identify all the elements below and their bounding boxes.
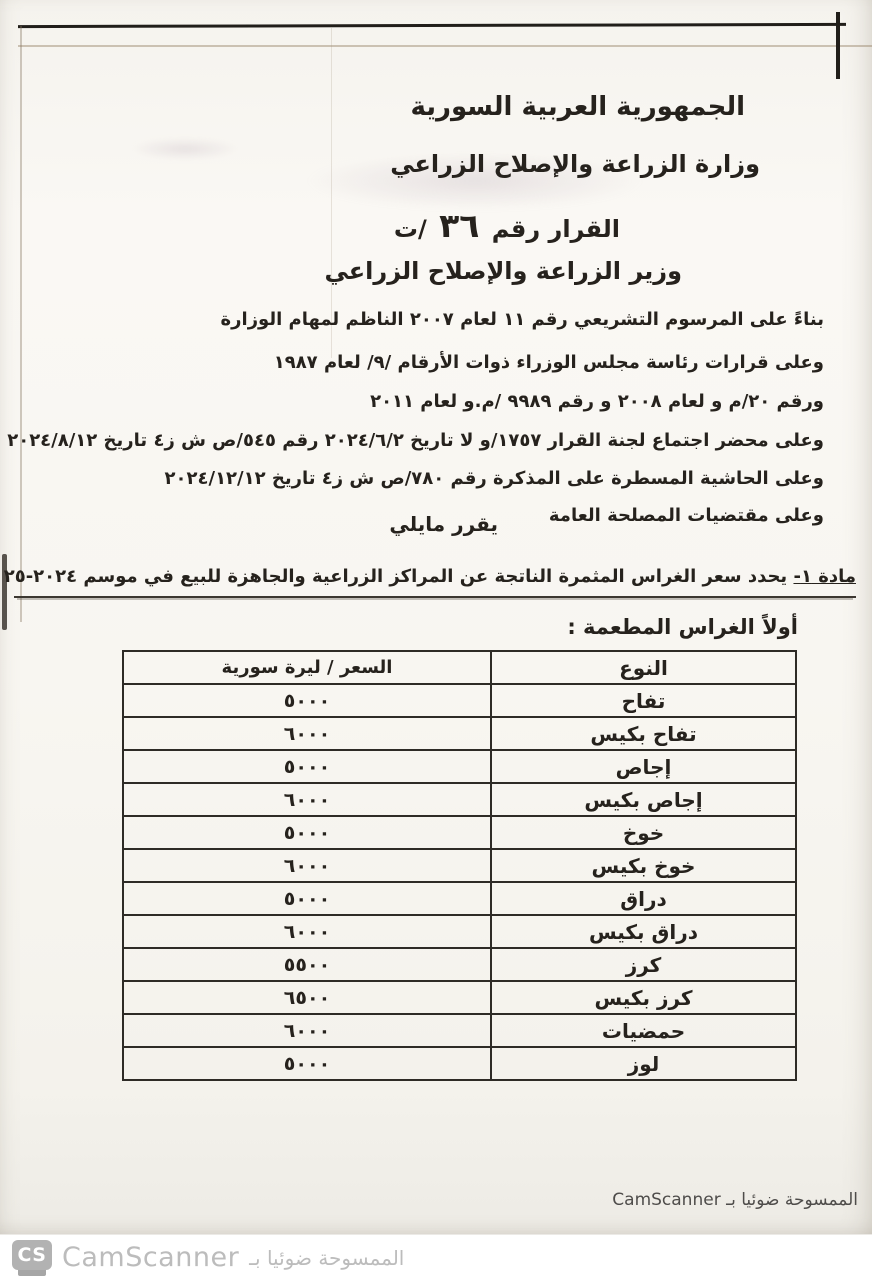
table-row: كرز ٥٥٠٠	[123, 948, 796, 981]
cell-price: ٥٠٠٠	[123, 684, 491, 717]
corner-registration-mark	[836, 12, 840, 79]
cell-type: خوخ بكيس	[491, 849, 796, 882]
top-ruled-line	[18, 23, 846, 28]
cell-price: ٦٠٠٠	[123, 717, 491, 750]
column-header-type: النوع	[491, 651, 796, 684]
column-header-price: السعر / ليرة سورية	[123, 651, 491, 684]
cell-price: ٥٠٠٠	[123, 1047, 491, 1080]
cell-type: حمضيات	[491, 1014, 796, 1047]
scanned-page: الجمهورية العربية السورية وزارة الزراعة …	[0, 0, 872, 1234]
faint-smudge	[130, 138, 240, 160]
cell-type: دراق	[491, 882, 796, 915]
table-row: خوخ ٥٠٠٠	[123, 816, 796, 849]
camscanner-arabic-text: الممسوحة ضوئيا بـ	[249, 1246, 404, 1270]
cell-type: كرز	[491, 948, 796, 981]
cell-type: تفاح	[491, 684, 796, 717]
cell-type: خوخ	[491, 816, 796, 849]
table-row: كرز بكيس ٦٥٠٠	[123, 981, 796, 1014]
cell-type: كرز بكيس	[491, 981, 796, 1014]
preamble-clause: بناءً على المرسوم التشريعي رقم ١١ لعام ٢…	[7, 301, 824, 338]
cell-price: ٦٠٠٠	[123, 915, 491, 948]
top-faint-line	[18, 45, 872, 47]
cell-price: ٦٠٠٠	[123, 783, 491, 816]
table-row: إجاص ٥٠٠٠	[123, 750, 796, 783]
preamble-clause: وعلى محضر اجتماع لجنة القرار ١٧٥٧/و لا ت…	[7, 422, 824, 459]
decision-label: القرار رقم	[492, 215, 620, 243]
camscanner-logo-letters: CS	[12, 1240, 52, 1270]
camscanner-logo-icon: CS	[12, 1240, 52, 1276]
table-row: حمضيات ٦٠٠٠	[123, 1014, 796, 1047]
republic-title: الجمهورية العربية السورية	[410, 92, 745, 122]
cell-price: ٦٥٠٠	[123, 981, 491, 1014]
camscanner-footer: CS CamScanner الممسوحة ضوئيا بـ	[0, 1234, 872, 1280]
ministry-title: وزارة الزراعة والإصلاح الزراعي	[390, 150, 760, 178]
section-title-grafted-seedlings: أولاً الغراس المطعمة :	[567, 615, 798, 639]
table-row: خوخ بكيس ٦٠٠٠	[123, 849, 796, 882]
preamble-clause: وعلى قرارات رئاسة مجلس الوزراء ذوات الأر…	[7, 344, 824, 381]
cell-type: إجاص بكيس	[491, 783, 796, 816]
article-1-text: يحدد سعر الغراس المثمرة الناتجة عن المرا…	[0, 566, 793, 587]
cell-type: تفاح بكيس	[491, 717, 796, 750]
cell-price: ٦٠٠٠	[123, 849, 491, 882]
camscanner-watermark-text: الممسوحة ضوئيا بـ CamScanner	[612, 1190, 858, 1210]
cell-price: ٦٠٠٠	[123, 1014, 491, 1047]
price-table: النوع السعر / ليرة سورية تفاح ٥٠٠٠ تفاح …	[122, 650, 797, 1081]
issuing-authority: وزير الزراعة والإصلاح الزراعي	[324, 257, 682, 285]
cell-price: ٥٠٠٠	[123, 882, 491, 915]
table-header-row: النوع السعر / ليرة سورية	[123, 651, 796, 684]
decision-number: ٣٦	[435, 206, 483, 245]
table-row: لوز ٥٠٠٠	[123, 1047, 796, 1080]
table-row: تفاح ٥٠٠٠	[123, 684, 796, 717]
scanned-decree-document: { "document": { "header": { "republic": …	[0, 0, 872, 1280]
cell-type: دراق بكيس	[491, 915, 796, 948]
preamble-clause: وعلى الحاشية المسطرة على المذكرة رقم ٧٨٠…	[7, 460, 824, 497]
article-1-label: مادة ١-	[793, 566, 856, 587]
table-row: دراق ٥٠٠٠	[123, 882, 796, 915]
table-row: دراق بكيس ٦٠٠٠	[123, 915, 796, 948]
preamble-clause: ورقم ٢٠/م و لعام ٢٠٠٨ و رقم ٩٩٨٩ /م.و لع…	[7, 383, 824, 420]
cell-price: ٥٠٠٠	[123, 816, 491, 849]
cell-price: ٥٠٠٠	[123, 750, 491, 783]
cell-type: لوز	[491, 1047, 796, 1080]
cell-price: ٥٥٠٠	[123, 948, 491, 981]
article-1: مادة ١- يحدد سعر الغراس المثمرة الناتجة …	[14, 566, 856, 598]
decision-suffix: /ت	[394, 215, 427, 243]
decree-intro: يقرر مايلي	[389, 512, 498, 536]
decision-number-line: القرار رقم ٣٦ /ت	[394, 206, 620, 245]
table-row: إجاص بكيس ٦٠٠٠	[123, 783, 796, 816]
cell-type: إجاص	[491, 750, 796, 783]
camscanner-brand-text: CamScanner	[62, 1242, 239, 1273]
preamble-block: بناءً على المرسوم التشريعي رقم ١١ لعام ٢…	[7, 301, 824, 534]
table-row: تفاح بكيس ٦٠٠٠	[123, 717, 796, 750]
